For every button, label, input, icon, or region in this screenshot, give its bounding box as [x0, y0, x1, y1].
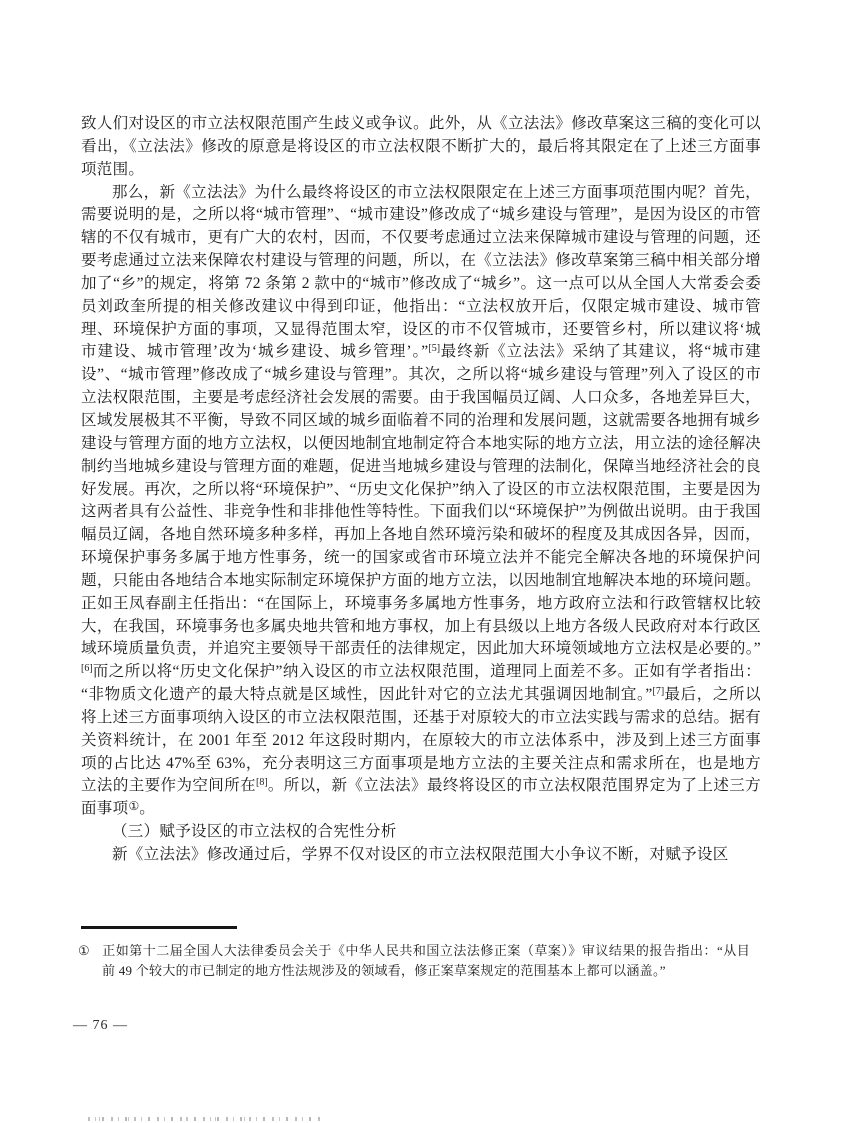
footnote-text: 正如第十二届全国人大法律委员会关于《中华人民共和国立法法修正案（草案）》审议结果…: [102, 943, 750, 978]
footnote-marker: ①: [78, 941, 96, 961]
citation-superscript: [7]: [653, 686, 665, 697]
footnote-item: ①正如第十二届全国人大法律委员会关于《中华人民共和国立法法修正案（草案）》审议结…: [78, 941, 750, 982]
footnote-separator: [81, 926, 237, 929]
page-number: — 76 —: [73, 1018, 128, 1034]
document-page: 致人们对设区的市立法权限范围产生歧义或争议。此外，从《立法法》修改草案这三稿的变…: [0, 0, 843, 1123]
citation-superscript: [8]: [256, 777, 268, 788]
footnote-section: ①正如第十二届全国人大法律委员会关于《中华人民共和国立法法修正案（草案）》审议结…: [78, 941, 750, 982]
paragraph: （三）赋予设区的市立法权的合宪性分析: [81, 821, 761, 844]
paragraph: 那么，新《立法法》为什么最终将设区的市立法权限限定在上述三方面事项范围内呢？首先…: [81, 182, 761, 822]
bottom-clipped-text-fragment: [88, 1117, 320, 1121]
paragraph: 新《立法法》修改通过后，学界不仅对设区的市立法权限范围大小争议不断，对赋予设区: [81, 844, 761, 867]
article-body: 致人们对设区的市立法权限范围产生歧义或争议。此外，从《立法法》修改草案这三稿的变…: [81, 113, 761, 867]
paragraph: 致人们对设区的市立法权限范围产生歧义或争议。此外，从《立法法》修改草案这三稿的变…: [81, 113, 761, 182]
citation-superscript: [6]: [81, 663, 93, 674]
citation-superscript: [5]: [428, 343, 440, 354]
footnote-ref: ①: [128, 799, 139, 813]
